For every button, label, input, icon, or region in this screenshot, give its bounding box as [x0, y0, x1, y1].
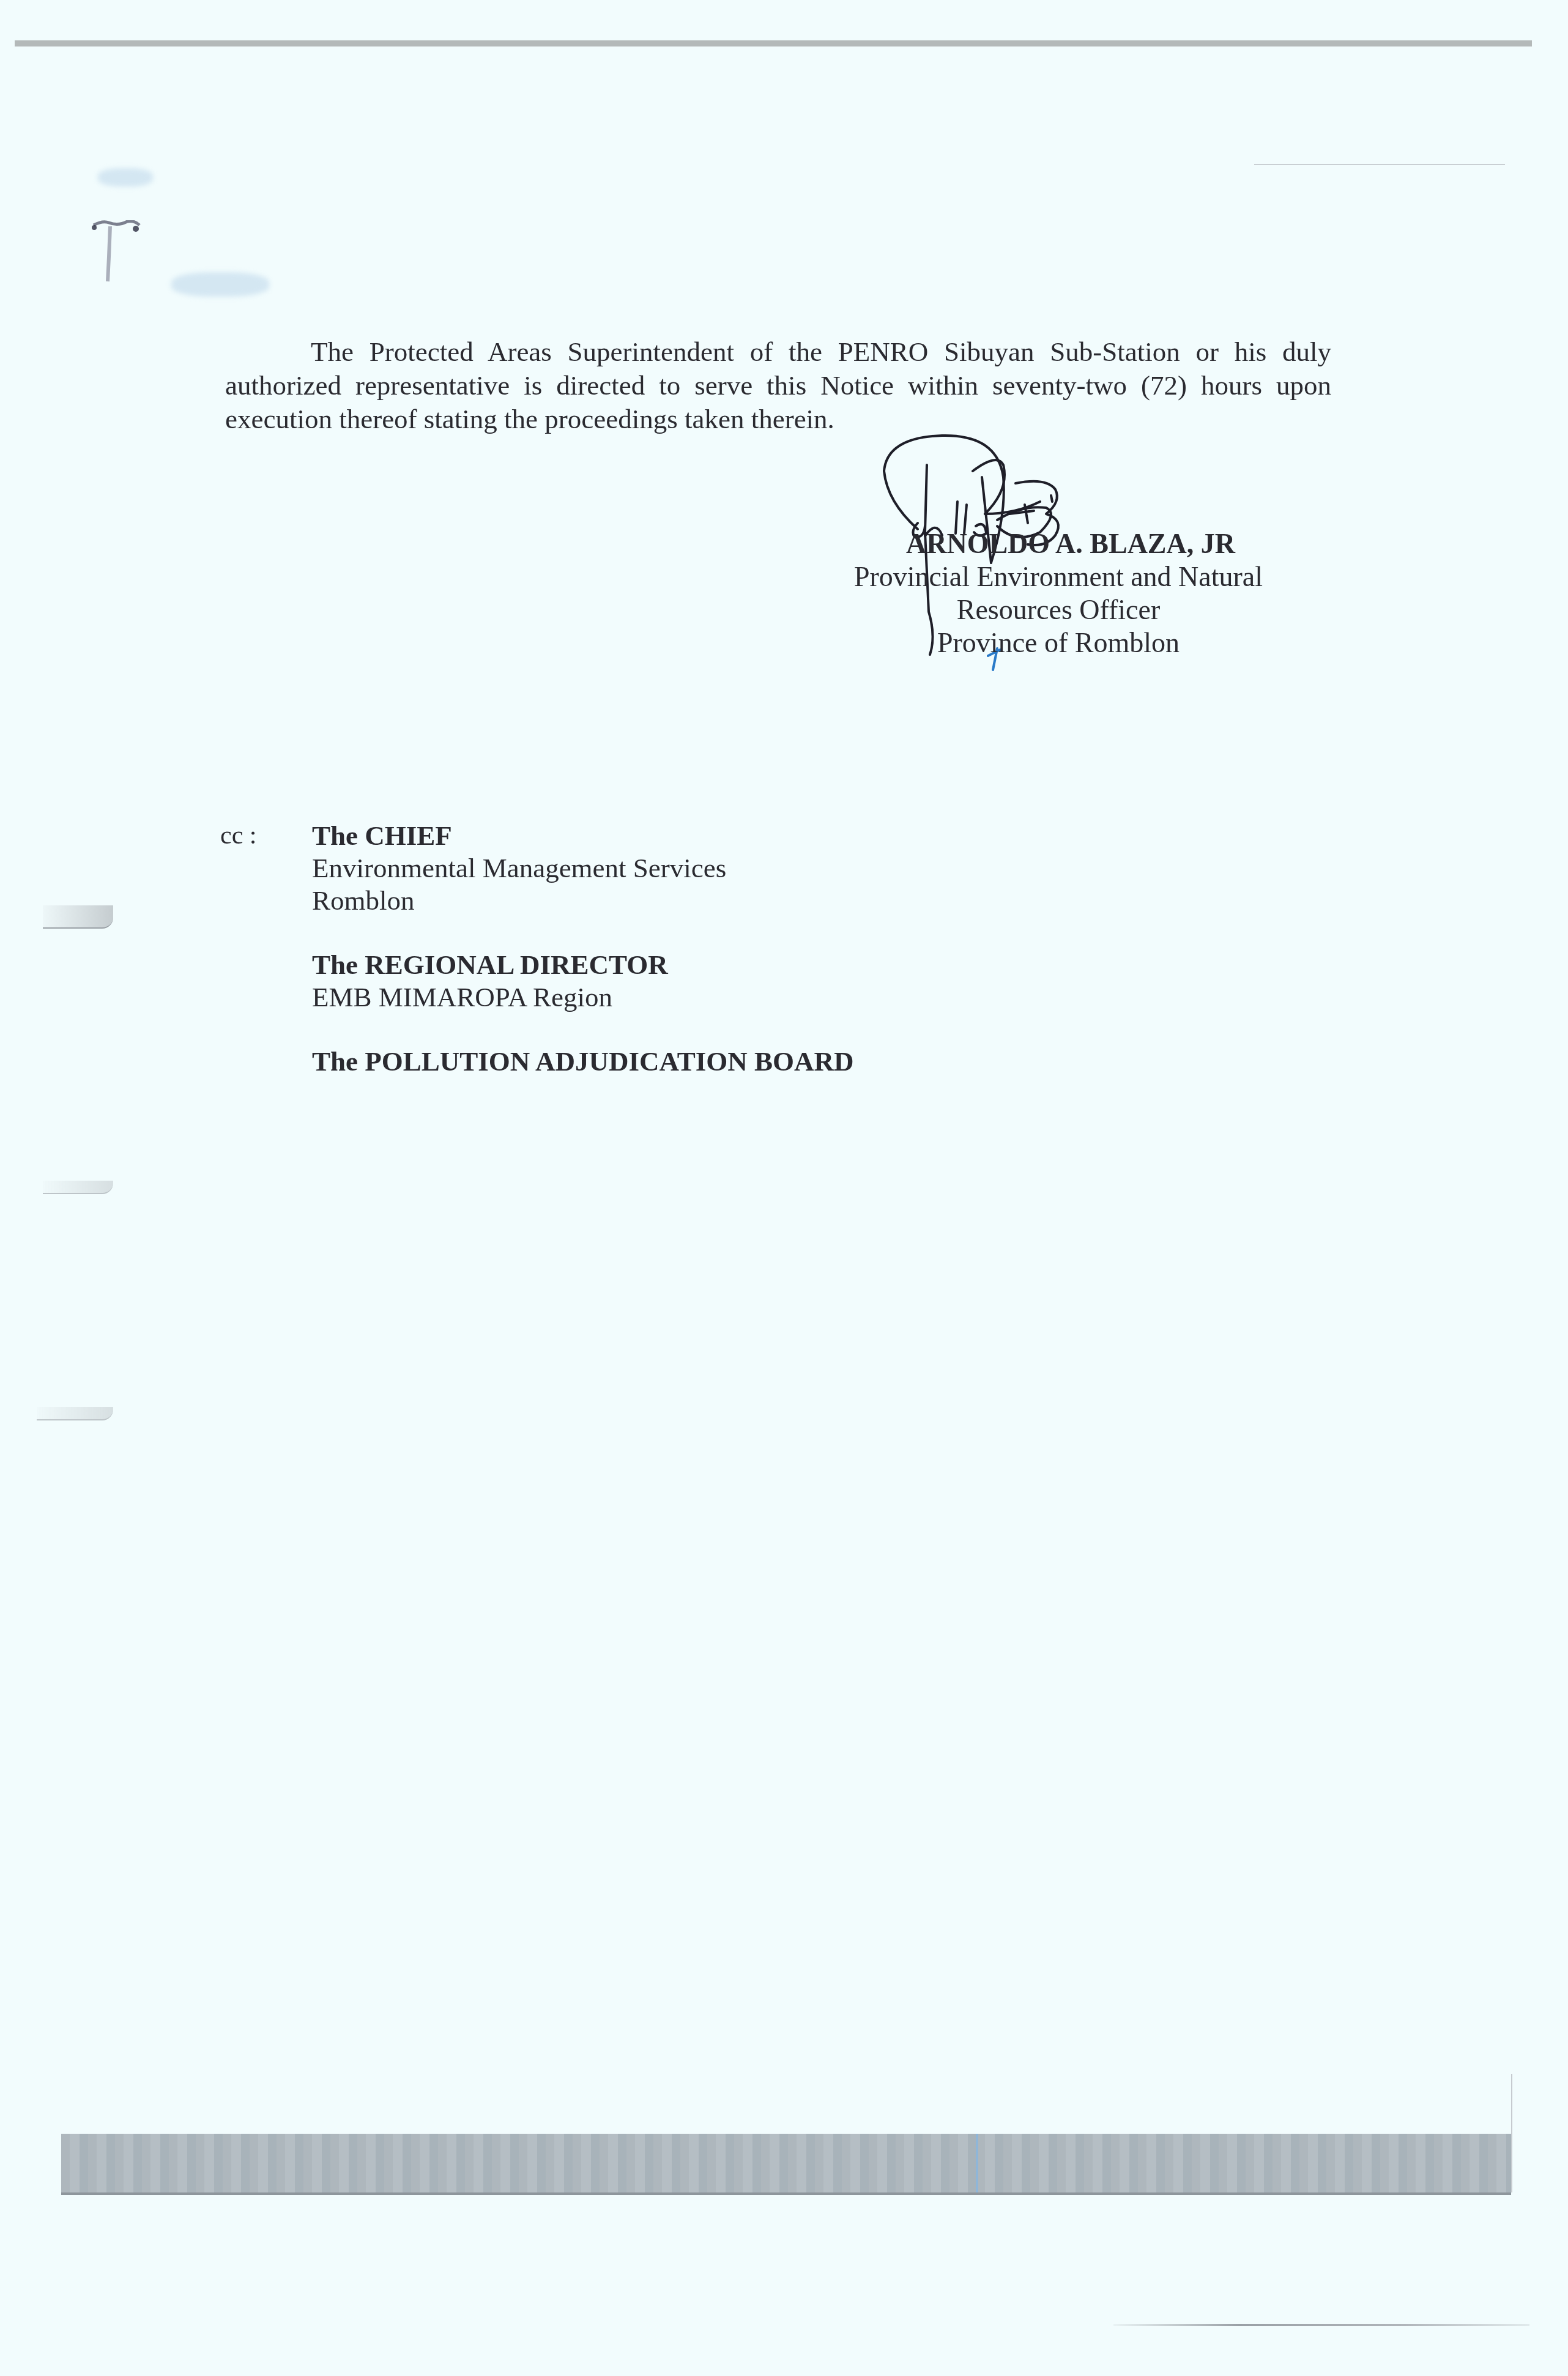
scan-artifact-edge: [1511, 2074, 1512, 2192]
cc-recipient-line: EMB MIMAROPA Region: [312, 981, 1046, 1014]
binder-hole-shadow: [43, 905, 113, 929]
signature-block: ARNOLDO A. BLAZA, JR Provincial Environm…: [814, 428, 1303, 710]
cc-recipient-line: Environmental Management Services: [312, 852, 1046, 885]
scan-artifact-top-line: [15, 40, 1532, 46]
scanned-document-page: { "document": { "body_paragraph": "The P…: [0, 0, 1568, 2376]
signatory-title-line: Provincial Environment and Natural: [814, 560, 1303, 593]
cc-label: cc :: [220, 820, 256, 852]
signatory-name: ARNOLDO A. BLAZA, JR: [814, 527, 1303, 560]
binder-hole-shadow: [43, 1181, 113, 1194]
scan-artifact-line: [1254, 164, 1505, 165]
signatory-office-line: Province of Romblon: [814, 626, 1303, 659]
cc-recipient-list: The CHIEF Environmental Management Servi…: [312, 820, 1046, 1110]
notice-directive-paragraph: The Protected Areas Superintendent of th…: [225, 335, 1331, 436]
binder-hole-shadow: [37, 1407, 113, 1420]
cc-recipient-title: The CHIEF: [312, 820, 1046, 852]
cc-recipient-line: Romblon: [312, 885, 1046, 917]
cc-recipient: The POLLUTION ADJUDICATION BOARD: [312, 1045, 1046, 1078]
cc-recipient-title: The POLLUTION ADJUDICATION BOARD: [312, 1045, 1046, 1078]
signatory-title-line: Resources Officer: [814, 593, 1303, 626]
scan-artifact-line: [1113, 2324, 1529, 2326]
ink-smudge-mark: [91, 220, 146, 288]
cc-recipient-title: The REGIONAL DIRECTOR: [312, 949, 1046, 981]
scan-smudge: [171, 272, 269, 297]
cc-recipient: The CHIEF Environmental Management Servi…: [312, 820, 1046, 917]
scan-smudge: [98, 168, 153, 187]
cc-recipient: The REGIONAL DIRECTOR EMB MIMAROPA Regio…: [312, 949, 1046, 1014]
scan-artifact-bottom-bar: [61, 2134, 1511, 2195]
